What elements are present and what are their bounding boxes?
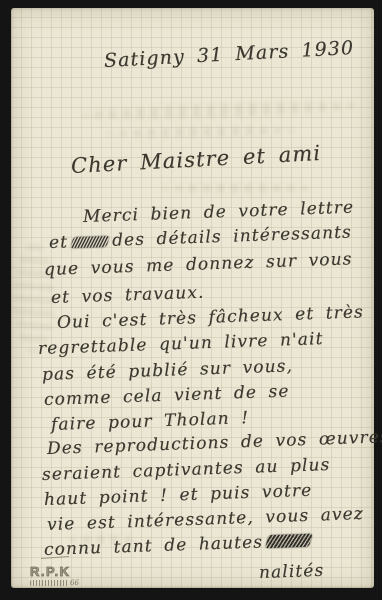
letter-line: que vous me donnez sur vous [44,251,353,279]
stamp-number: 66 [70,579,79,587]
letter-line: nalités [259,563,325,582]
letter-line: seraient captivantes au plus [42,457,331,484]
letter-line: vie est intéressante, vous avez [47,506,364,534]
letter-line: faire pour Tholan ! [51,410,250,434]
bleed-through-mark [106,125,296,138]
stamp-script-squiggle [30,580,68,586]
letter-line-text: des détails intéressants [112,222,352,250]
letter-line: Merci bien de votre lettre [83,200,355,226]
letter-line: pas été publié sur vous, [42,358,294,384]
letter-line-text: et [49,232,69,253]
dateline: Satigny 31 Mars 1930 [104,39,355,71]
bleed-through-mark [81,99,361,122]
collector-stamp: R.P.K 66 [30,564,79,587]
letter-line: connu tant de hautes [44,533,316,559]
letter-line: etdes détails intéressants [49,224,352,252]
scanned-letter: Satigny 31 Mars 1930 Cher Maistre et ami… [0,0,382,600]
letter-line: comme cela vient de se [44,383,290,409]
letter-line: regrettable qu'un livre n'ait [38,331,324,358]
letter-line: et vos travaux. [51,285,205,307]
letter-line: haut point ! et puis votre [44,483,313,509]
scribbled-out-word [265,534,313,549]
letter-paper: Satigny 31 Mars 1930 Cher Maistre et ami… [11,8,374,588]
salutation: Cher Maistre et ami [70,143,321,177]
letter-line-text: connu tant de hautes [44,532,264,560]
letter-line: Oui c'est très fâcheux et très [57,304,364,332]
stamp-note: 66 [30,579,79,587]
bleed-through-mark [161,184,311,193]
scribbled-out-word [70,236,109,248]
stamp-initials: R.P.K [30,564,79,579]
